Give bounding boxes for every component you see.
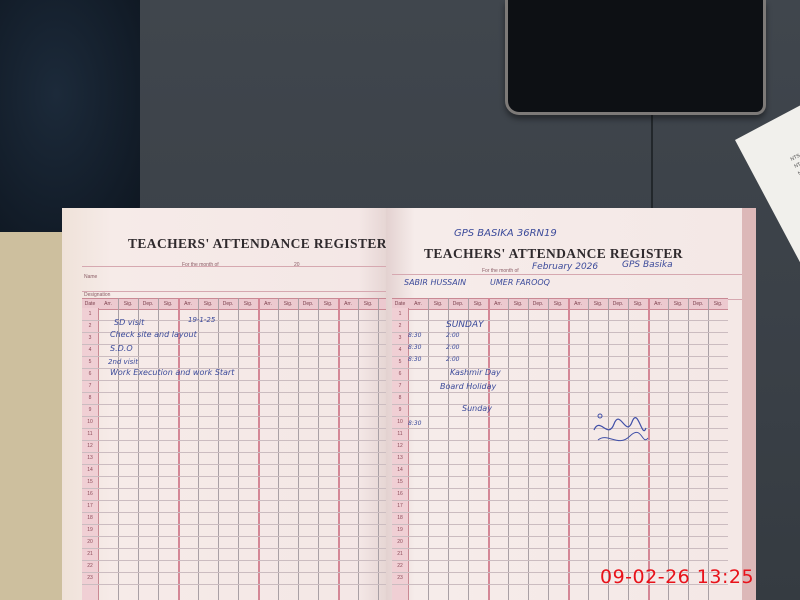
teacher-name: UMER FAROOQ	[490, 278, 550, 287]
col-header: Sig.	[468, 299, 488, 309]
col-header: Arr.	[568, 299, 588, 309]
date-number: 8	[82, 395, 98, 401]
date-number: 16	[82, 491, 98, 497]
date-number: 22	[392, 563, 408, 569]
date-number: 20	[82, 539, 98, 545]
col-header: Dep.	[528, 299, 548, 309]
col-header: Arr.	[258, 299, 278, 309]
handwritten-time: 8:30	[408, 356, 421, 363]
tablet-device	[505, 0, 766, 115]
col-header: Arr.	[98, 299, 118, 309]
handwritten-note: Work Execution and work Start	[110, 368, 234, 377]
name-row	[82, 266, 392, 292]
col-header: Sig.	[158, 299, 178, 309]
handwritten-month: February 2026	[532, 262, 598, 272]
col-header: Sig.	[428, 299, 448, 309]
teacher-name: SABIR HUSSAIN	[404, 278, 466, 287]
handwritten-date: 19-1-25	[188, 316, 215, 324]
col-header: Sig.	[708, 299, 728, 309]
dark-cloth	[0, 0, 140, 235]
date-number: 12	[82, 443, 98, 449]
handwritten-note: Sunday	[462, 404, 492, 413]
handwritten-note: Board Holiday	[440, 382, 496, 391]
date-number: 9	[82, 407, 98, 413]
date-number: 3	[82, 335, 98, 341]
handwritten-time: 2:00	[446, 356, 459, 363]
date-number: 3	[392, 335, 408, 341]
signature-stamp-icon	[590, 410, 650, 452]
date-number: 13	[392, 455, 408, 461]
date-number: 7	[82, 383, 98, 389]
date-number: 9	[392, 407, 408, 413]
col-header: Arr.	[178, 299, 198, 309]
col-header: Arr.	[338, 299, 358, 309]
date-number: 14	[392, 467, 408, 473]
grid-header: Date Arr. Sig. Dep. Sig. Arr. Sig. Dep. …	[392, 298, 728, 310]
handwritten-note: SD visit	[114, 318, 144, 327]
handwritten-note: Check site and layout	[110, 330, 197, 339]
date-number: 6	[392, 371, 408, 377]
date-number: 5	[392, 359, 408, 365]
date-number: 10	[82, 419, 98, 425]
date-number: 19	[82, 527, 98, 533]
handwritten-note: Kashmir Day	[450, 368, 501, 377]
date-number: 17	[392, 503, 408, 509]
date-number: 8	[392, 395, 408, 401]
left-page-title: TEACHERS' ATTENDANCE REGISTER	[128, 236, 387, 252]
date-number: 5	[82, 359, 98, 365]
col-header: Sig.	[668, 299, 688, 309]
col-header: Sig.	[358, 299, 378, 309]
date-number: 4	[392, 347, 408, 353]
date-number: 23	[392, 575, 408, 581]
date-number: 18	[392, 515, 408, 521]
col-header: Dep.	[218, 299, 238, 309]
handwritten-time: 8:30	[408, 420, 421, 427]
date-number: 1	[82, 311, 98, 317]
date-number: 12	[392, 443, 408, 449]
date-number: 10	[392, 419, 408, 425]
handwritten-school: GPS Basika	[622, 260, 673, 270]
col-header: Sig.	[588, 299, 608, 309]
date-number: 2	[392, 323, 408, 329]
date-number: 7	[392, 383, 408, 389]
col-header: Dep.	[608, 299, 628, 309]
date-number: 20	[392, 539, 408, 545]
photo-timestamp: 09-02-26 13:25	[600, 566, 754, 588]
date-number: 21	[392, 551, 408, 557]
col-header: Arr.	[488, 299, 508, 309]
col-header: Dep.	[138, 299, 158, 309]
grid-header: Date Arr. Sig. Dep. Sig. Arr. Sig. Dep. …	[82, 298, 392, 310]
date-number: 11	[392, 431, 408, 437]
date-number: 1	[392, 311, 408, 317]
left-page: TEACHERS' ATTENDANCE REGISTER For the mo…	[62, 208, 392, 600]
date-number: 16	[392, 491, 408, 497]
date-number: 14	[82, 467, 98, 473]
col-header: Dep.	[298, 299, 318, 309]
col-header: Sig.	[118, 299, 138, 309]
handwritten-time: 8:30	[408, 332, 421, 339]
date-number: 23	[82, 575, 98, 581]
date-number: 2	[82, 323, 98, 329]
handwritten-note: S.D.O	[110, 344, 133, 353]
col-header: Dep.	[688, 299, 708, 309]
handwritten-sunday: SUNDAY	[446, 320, 484, 330]
date-number: 15	[392, 479, 408, 485]
date-number: 11	[82, 431, 98, 437]
col-header: Sig.	[318, 299, 338, 309]
handwritten-note: 2nd visit	[108, 358, 138, 366]
handwritten-time: 8:30	[408, 344, 421, 351]
date-number: 18	[82, 515, 98, 521]
date-number: 22	[82, 563, 98, 569]
col-header: Sig.	[548, 299, 568, 309]
table-plank-seam	[651, 110, 653, 220]
date-number: 21	[82, 551, 98, 557]
col-header: Sig.	[198, 299, 218, 309]
right-page: GPS BASIKA 36RN19 TEACHERS' ATTENDANCE R…	[386, 208, 756, 600]
col-header: Sig.	[238, 299, 258, 309]
date-number: 6	[82, 371, 98, 377]
attendance-grid-right: Date Arr. Sig. Dep. Sig. Arr. Sig. Dep. …	[392, 298, 728, 600]
col-header: Dep.	[448, 299, 468, 309]
register-cover	[0, 232, 70, 600]
paper-slip-text: NTS Roll NTS Name NTS Signature	[789, 141, 800, 178]
col-header: Arr.	[648, 299, 668, 309]
date-number: 17	[82, 503, 98, 509]
col-header: Sig.	[508, 299, 528, 309]
handwritten-time: 2:00	[446, 344, 459, 351]
handwritten-school-header: GPS BASIKA 36RN19	[454, 228, 557, 239]
date-number: 4	[82, 347, 98, 353]
date-number: 15	[82, 479, 98, 485]
col-header: Sig.	[278, 299, 298, 309]
date-number: 19	[392, 527, 408, 533]
date-number: 13	[82, 455, 98, 461]
handwritten-time: 2:00	[446, 332, 459, 339]
col-header: Arr.	[408, 299, 428, 309]
col-header: Sig.	[628, 299, 648, 309]
